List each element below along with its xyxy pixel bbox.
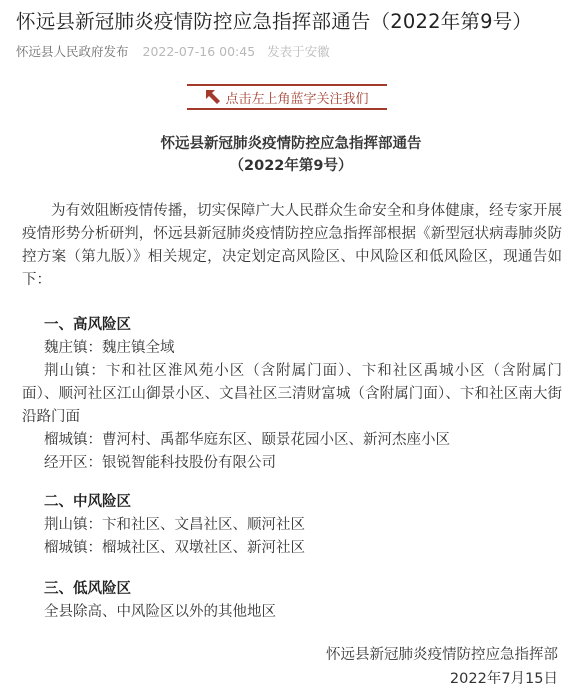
list-item: 荆山镇：卞和社区、文昌社区、顺河社区	[22, 514, 562, 537]
list-item: 经开区：银锐智能科技股份有限公司	[22, 452, 562, 475]
signature-date: 2022年7月15日	[450, 668, 558, 691]
arrow-up-left-icon	[205, 89, 221, 105]
signature-organization: 怀远县新冠肺炎疫情防控应急指挥部	[326, 644, 558, 667]
publisher-link[interactable]: 怀远县人民政府发布	[16, 44, 129, 59]
section-title-low-risk: 三、低风险区	[22, 578, 562, 601]
section-title-medium-risk: 二、中风险区	[22, 491, 562, 514]
intro-paragraph: 为有效阻断疫情传播，切实保障广大人民群众生命安全和身体健康，经专家开展疫情形势分…	[22, 200, 562, 292]
publish-time: 2022-07-16 00:45	[143, 44, 256, 59]
list-item: 全县除高、中风险区以外的其他地区	[22, 601, 562, 624]
section-title-high-risk: 一、高风险区	[22, 314, 562, 337]
document-heading: 怀远县新冠肺炎疫情防控应急指挥部通告	[0, 134, 582, 154]
list-item: 魏庄镇：魏庄镇全域	[22, 337, 562, 360]
document-number: （2022年第9号）	[0, 156, 582, 176]
follow-banner-text: 点击左上角蓝字关注我们	[225, 88, 368, 107]
list-item: 榴城镇：曹河村、禹都华庭东区、颐景花园小区、新河杰座小区	[22, 429, 562, 452]
publish-location: 发表于安徽	[267, 44, 330, 59]
article-title: 怀远县新冠肺炎疫情防控应急指挥部通告（2022年第9号）	[16, 8, 532, 36]
list-item: 荆山镇：卞和社区淮风苑小区（含附属门面）、卞和社区禹城小区（含附属门面）、顺河社…	[22, 360, 562, 429]
follow-banner: 点击左上角蓝字关注我们	[187, 84, 387, 110]
article-meta: 怀远县人民政府发布 2022-07-16 00:45 发表于安徽	[16, 43, 330, 61]
list-item: 榴城镇：榴城社区、双墩社区、新河社区	[22, 537, 562, 560]
